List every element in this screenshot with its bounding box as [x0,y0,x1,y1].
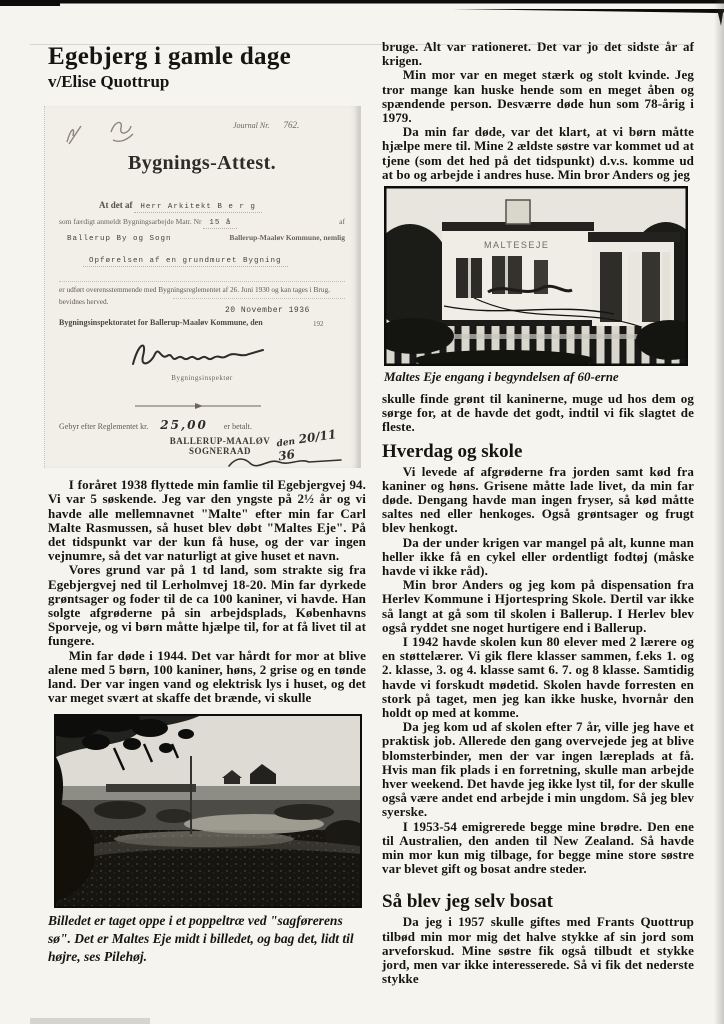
typed-matr-number: 15 å [203,219,237,229]
paragraph: skulle finde grønt til kaninerne, muge u… [382,392,694,435]
office-line: Bygningsinspektoratet for Ballerup-Maalø… [59,318,345,327]
handwritten-stamp-signature [225,454,345,470]
fee-amount-handwritten: 25,00 [160,418,208,432]
scan-edge-smudge [30,1018,150,1024]
journal-number: 762. [283,120,299,130]
paragraph: bruge. Alt var rationeret. Det var jo de… [382,40,694,68]
left-column: Egebjerg i gamle dage v/Elise Quottrup J… [48,44,366,966]
page-title: Egebjerg i gamle dage [48,44,366,70]
paragraph: Da min far døde, var det klart, at vi bø… [382,125,694,182]
paragraph: Min bror Anders og jeg kom på dispensati… [382,578,694,635]
typed-work-description: Opførelsen af en grundmuret Bygning [83,257,288,267]
house-photo: MALTESEJE [384,186,688,366]
signature-title: Bygningsinspektør [45,374,359,382]
paragraph: Vi levede af afgrøderne fra jorden samt … [382,465,694,536]
paragraph: I 1942 havde skolen kun 80 elever med 2 … [382,635,694,720]
paragraph: Min far døde i 1944. Det var hårdt for m… [48,649,366,706]
paragraph: Da der under krigen var mangel på alt, k… [382,536,694,579]
scanned-magazine-page: Egebjerg i gamle dage v/Elise Quottrup J… [0,0,724,1024]
year-prefix: 192 [313,320,324,328]
section-heading: Så blev jeg selv bosat [382,892,694,913]
scan-edge-artifact [0,0,724,30]
certificate-title: Bygnings-Attest. [45,152,359,175]
form-label: Ballerup-Maaløv Kommune, nemlig [229,233,345,242]
paragraph: Da jeg kom ud af skolen efter 7 år, vill… [382,720,694,819]
typed-date: 20 November 1936 [225,306,310,315]
paragraph: Vores grund var på 1 td land, som strakt… [48,563,366,648]
typed-parish: Ballerup By og Sogn [67,235,172,243]
typed-architect-name: Herr Arkitekt B e r g [134,203,262,213]
byline: v/Elise Quottrup [48,72,366,92]
form-label: af [339,217,345,226]
form-label: At det af [99,200,133,210]
left-column-text: I foråret 1938 flyttede min famlie til E… [48,478,366,705]
form-label: som færdigt anmeldt Bygningsarbejde Matr… [59,217,201,226]
handwritten-scribble [59,114,169,154]
fee-line: Gebyr efter Reglementet kr. 25,00 er bet… [59,418,345,432]
stamp-line1: BALLERUP-MAALØV [165,436,275,446]
certificate-body-text: er udført overensstemmende med Bygningsr… [59,284,345,308]
house-sign-text: MALTESEJE [484,240,549,250]
paragraph: I foråret 1938 flyttede min famlie til E… [48,478,366,563]
photo-caption: Billedet er taget oppe i et poppeltræ ve… [48,912,366,966]
section-heading: Hverdag og skole [382,442,694,463]
landscape-photo [54,714,362,908]
journal-label: Journal Nr. [233,121,269,130]
divider-arrow [135,402,265,410]
fee-label: Gebyr efter Reglementet kr. [59,422,148,431]
certificate-body-line: er udført overensstemmende med Bygningsr… [59,284,345,296]
building-certificate-figure: Journal Nr.762. Bygnings-Attest. At det … [44,106,361,468]
paragraph: I 1953-54 emigrerede begge mine brødre. … [382,820,694,877]
paragraph: Min mor var en meget stærk og stolt kvin… [382,68,694,125]
fee-suffix: er betalt. [224,422,252,431]
council-stamp: BALLERUP-MAALØV SOGNERAAD den20/11 36 [165,436,355,456]
right-column: bruge. Alt var rationeret. Det var jo de… [382,40,694,986]
journal-number-line: Journal Nr.762. [233,120,299,130]
paragraph: Da jeg i 1957 skulle giftes med Frants Q… [382,915,694,986]
photo-caption: Maltes Eje engang i begyndelsen af 60-er… [384,368,694,386]
scan-edge-shadow [714,0,724,1024]
inspector-signature [123,334,273,374]
